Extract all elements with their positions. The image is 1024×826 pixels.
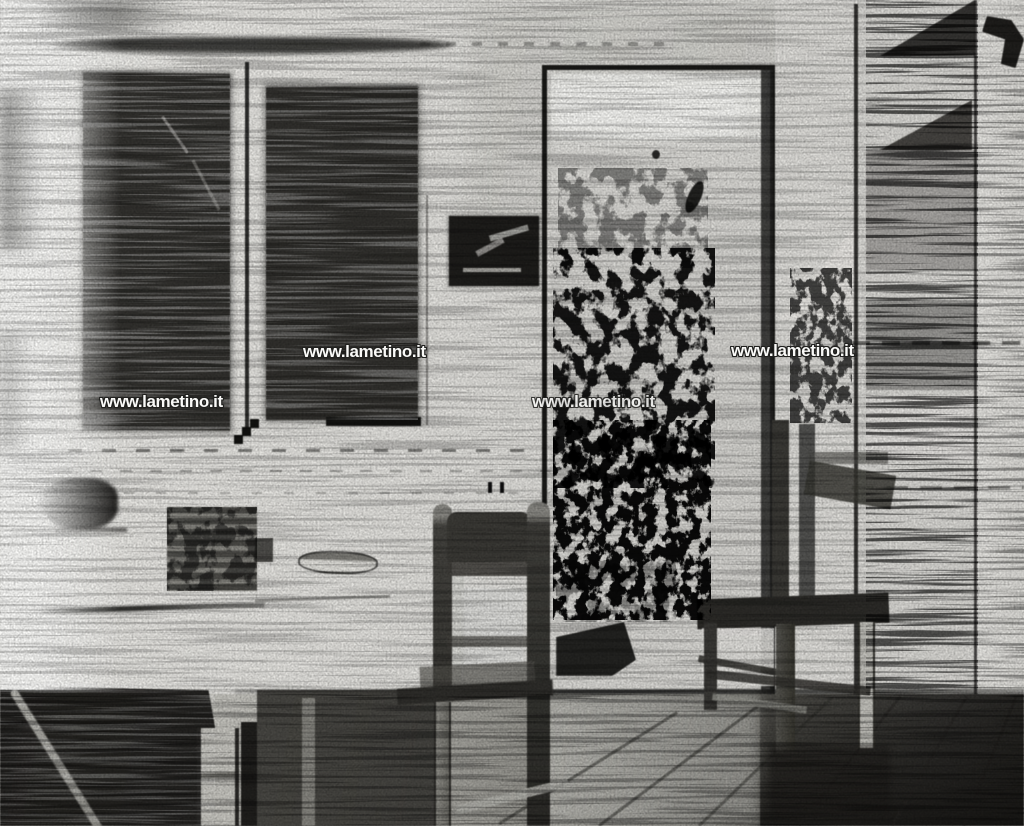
tall-vertical-line (854, 4, 858, 694)
picture-frame (449, 216, 539, 286)
chair-front-leg (434, 702, 451, 826)
picture-highlight (463, 268, 521, 272)
table-crate (167, 507, 257, 591)
picture-highlight (489, 225, 529, 242)
top-ink-streak-tail (420, 42, 670, 46)
watermark: www.lametino.it (100, 393, 223, 410)
step-mark (234, 435, 243, 444)
floor-light-center (540, 694, 760, 826)
panel-bottom-bar (326, 417, 421, 426)
crate-knob (255, 538, 273, 562)
step-mark (250, 419, 259, 428)
table-leg (197, 728, 239, 826)
right-scratch (852, 341, 1024, 345)
tick-marks (488, 482, 505, 493)
right-edge-strip (977, 0, 1024, 694)
dark-strip (241, 722, 257, 826)
chair-right-foot-shadow (770, 745, 890, 815)
watermark: www.lametino.it (731, 342, 854, 359)
cabinet-shade-band (866, 150, 978, 270)
scanned-photo: www.lametino.it www.lametino.it www.lame… (0, 0, 1024, 826)
under-chair-shadow (257, 690, 437, 826)
inter-panel-line (245, 62, 249, 434)
left-edge-smudge (0, 330, 40, 450)
chair-front-mid-rail (447, 562, 531, 576)
chair-front-mid-rail (447, 636, 531, 647)
dark-floor-mass (0, 680, 215, 826)
watermark: www.lametino.it (303, 343, 426, 360)
dark-panel-right (266, 86, 418, 420)
cabinet-light-gap (866, 396, 978, 460)
shadow-light-leg (302, 698, 315, 826)
panel-scratch (192, 159, 221, 210)
chair-right-leg-front (776, 624, 795, 752)
chair-right-post (772, 420, 789, 606)
watermark: www.lametino.it (532, 393, 655, 410)
cabinet-shade-band (866, 300, 978, 390)
left-edge-smudge (0, 90, 55, 250)
panel-scratch (161, 116, 189, 154)
thin-wall-line (426, 195, 428, 425)
room-scene (0, 0, 1024, 826)
step-mark (242, 427, 251, 436)
table-leg-notch (201, 772, 235, 778)
chair-front-top-rail (447, 512, 531, 562)
